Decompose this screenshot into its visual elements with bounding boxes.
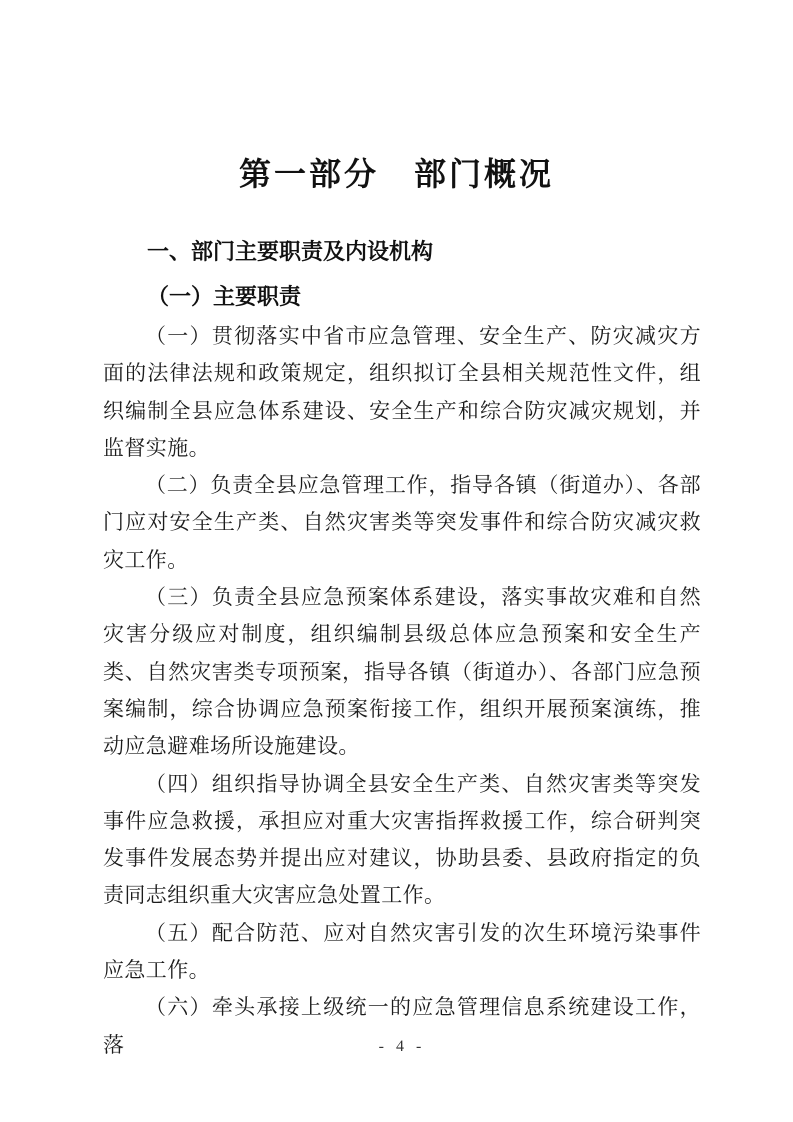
body-paragraph: （五）配合防范、应对自然灾害引发的次生环境污染事件应急工作。 bbox=[103, 915, 701, 990]
section-heading: 一、部门主要职责及内设机构 bbox=[103, 238, 701, 265]
body-paragraph: （二）负责全县应急管理工作，指导各镇（街道办）、各部门应对安全生产类、自然灾害类… bbox=[103, 467, 701, 579]
page-number: - 4 - bbox=[103, 1038, 701, 1056]
body-text: （一）贯彻落实中省市应急管理、安全生产、防灾减灾方面的法律法规和政策规定，组织拟… bbox=[103, 318, 701, 1064]
body-paragraph: （一）贯彻落实中省市应急管理、安全生产、防灾减灾方面的法律法规和政策规定，组织拟… bbox=[103, 318, 701, 467]
subsection-heading: （一）主要职责 bbox=[103, 283, 701, 310]
document-content: 一、部门主要职责及内设机构 （一）主要职责 （一）贯彻落实中省市应急管理、安全生… bbox=[103, 238, 701, 1064]
document-page: 第一部分 部门概况 一、部门主要职责及内设机构 （一）主要职责 （一）贯彻落实中… bbox=[0, 0, 793, 1122]
body-paragraph: （四）组织指导协调全县安全生产类、自然灾害类等突发事件应急救援，承担应对重大灾害… bbox=[103, 766, 701, 915]
document-title: 第一部分 部门概况 bbox=[0, 0, 793, 198]
body-paragraph: （三）负责全县应急预案体系建设，落实事故灾难和自然灾害分级应对制度，组织编制县级… bbox=[103, 579, 701, 765]
